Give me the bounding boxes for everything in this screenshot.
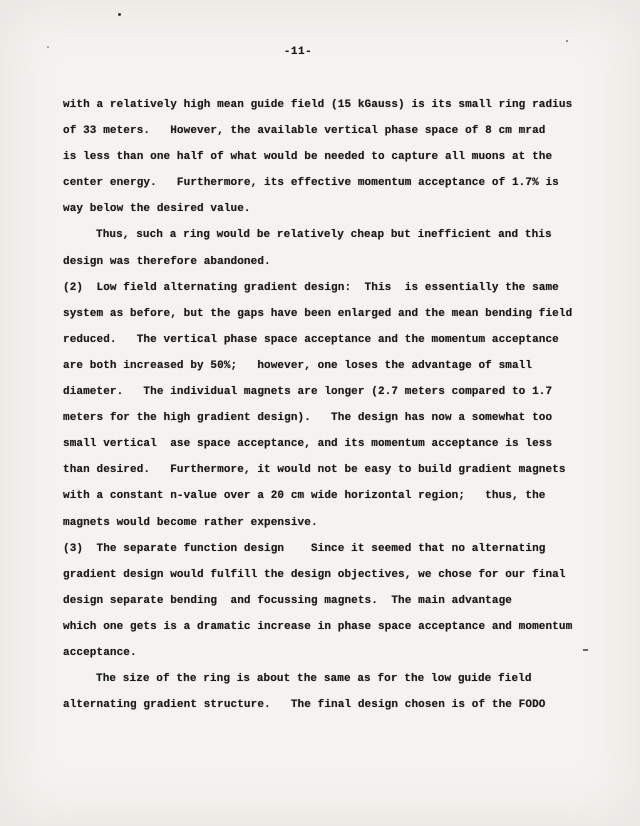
text-line: gradient design would fulfill the design… xyxy=(63,569,583,595)
text-line: which one gets is a dramatic increase in… xyxy=(63,621,583,647)
scan-speck xyxy=(566,40,568,42)
text-line: (3) The separate function design Since i… xyxy=(63,543,583,569)
text-line: than desired. Furthermore, it would not … xyxy=(63,464,583,490)
scan-speck xyxy=(118,13,121,16)
text-line: The size of the ring is about the same a… xyxy=(63,673,583,699)
text-line: system as before, but the gaps have been… xyxy=(63,308,583,334)
text-line: design was therefore abandoned. xyxy=(63,256,583,282)
text-line: with a relatively high mean guide field … xyxy=(63,99,583,125)
text-line: magnets would become rather expensive. xyxy=(63,517,583,543)
text-line: meters for the high gradient design). Th… xyxy=(63,412,583,438)
text-line: diameter. The individual magnets are lon… xyxy=(63,386,583,412)
document-body: with a relatively high mean guide field … xyxy=(63,99,583,725)
text-line: are both increased by 50%; however, one … xyxy=(63,360,583,386)
text-line: small vertical ase space acceptance, and… xyxy=(63,438,583,464)
text-line: (2) Low field alternating gradient desig… xyxy=(63,282,583,308)
text-line: center energy. Furthermore, its effectiv… xyxy=(63,177,583,203)
text-line: design separate bending and focussing ma… xyxy=(63,595,583,621)
text-line: acceptance. xyxy=(63,647,583,673)
text-line: way below the desired value. xyxy=(63,203,583,229)
text-line: Thus, such a ring would be relatively ch… xyxy=(63,229,583,255)
text-line: alternating gradient structure. The fina… xyxy=(63,699,583,725)
text-line: of 33 meters. However, the available ver… xyxy=(63,125,583,151)
text-line: with a constant n-value over a 20 cm wid… xyxy=(63,490,583,516)
text-line: is less than one half of what would be n… xyxy=(63,151,583,177)
text-line: reduced. The vertical phase space accept… xyxy=(63,334,583,360)
page-number: -11- xyxy=(0,46,596,58)
scan-speck xyxy=(583,649,588,651)
scanned-document-page: -11- with a relatively high mean guide f… xyxy=(0,0,640,826)
